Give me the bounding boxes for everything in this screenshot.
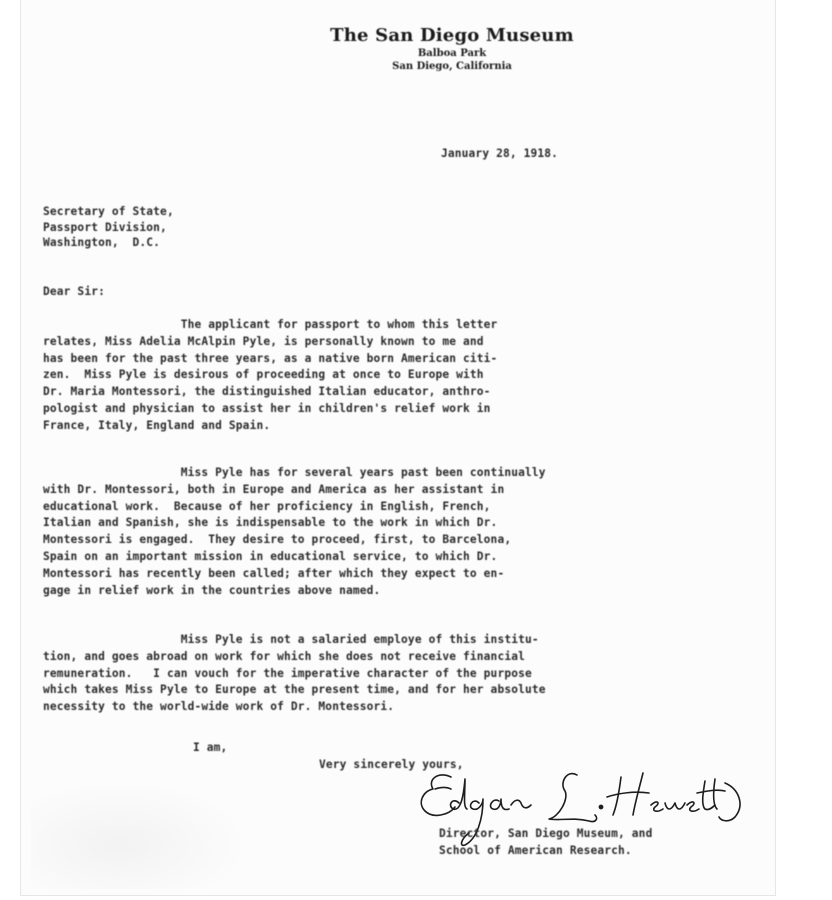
recipient-line: Passport Division, — [43, 220, 174, 236]
body-paragraph-2: Miss Pyle has for several years past bee… — [43, 465, 546, 599]
recipient-line: Washington, D.C. — [43, 235, 174, 251]
recipient-address: Secretary of State,Passport Division,Was… — [43, 204, 174, 251]
letterhead-city-line: San Diego, California — [129, 60, 775, 73]
signatory-title: Director, San Diego Museum, andSchool of… — [439, 825, 652, 859]
closing-i-am: I am, — [193, 741, 227, 754]
body-paragraph-1: The applicant for passport to whom this … — [43, 317, 497, 435]
signatory-title-line: Director, San Diego Museum, and — [439, 825, 652, 842]
paper-smudge — [31, 779, 251, 889]
signatory-title-line: School of American Research. — [439, 842, 652, 859]
letter-page: The San Diego Museum Balboa Park San Die… — [20, 0, 776, 896]
body-paragraph-3: Miss Pyle is not a salaried employe of t… — [43, 632, 546, 716]
salutation: Dear Sir: — [43, 285, 105, 298]
recipient-line: Secretary of State, — [43, 204, 174, 220]
letterhead-institution-name: The San Diego Museum — [129, 25, 775, 47]
letterhead-location-line: Balboa Park — [129, 47, 775, 60]
letter-date: January 28, 1918. — [441, 147, 558, 160]
letterhead: The San Diego Museum Balboa Park San Die… — [21, 25, 775, 73]
